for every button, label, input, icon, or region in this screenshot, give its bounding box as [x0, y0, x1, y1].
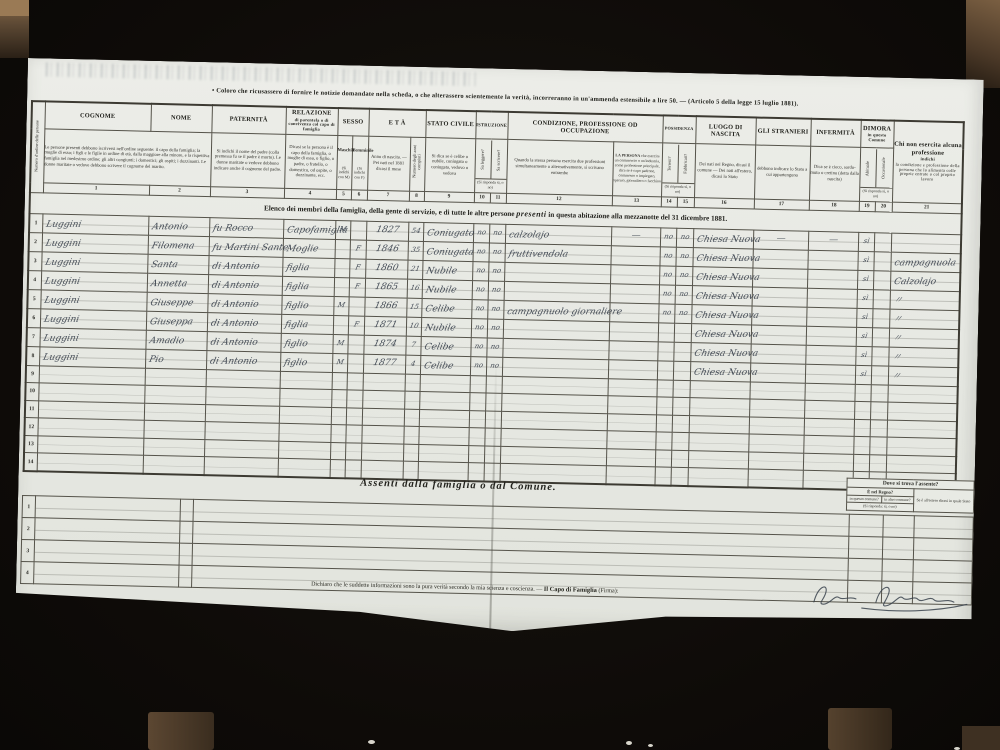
handwritten-entry: 54 [408, 226, 424, 234]
cell-anno: 1877 [363, 354, 405, 374]
cell-chinon: 〃 [889, 309, 959, 330]
cell-legge: no [473, 242, 489, 261]
cell-stato [418, 462, 468, 481]
cell-abituale: sì [858, 232, 874, 251]
cell-anni [404, 391, 419, 409]
cell-relazione [279, 406, 331, 425]
cell-nome [143, 438, 204, 457]
cell-luogo: Chiesa Nuova [692, 247, 752, 267]
handwritten-entry: sì [858, 237, 875, 245]
cell-persona [611, 245, 660, 265]
handwritten-entry: Amadio [145, 336, 185, 346]
handwritten-entry: no [470, 361, 487, 369]
cell-fabbricati: no [675, 247, 692, 266]
cell-nome [143, 456, 204, 475]
cell-persona [607, 413, 656, 432]
row-number: 12 [24, 418, 37, 436]
handwritten-entry: 4 [405, 359, 421, 367]
handwritten-entry: figlia [282, 263, 310, 273]
table-edge-bottom-right [828, 708, 892, 750]
handwritten-entry: Celibe [420, 342, 454, 352]
cell-infermita: — [808, 231, 858, 251]
cell-anni: 21 [407, 260, 422, 279]
cell-scrive [484, 446, 500, 464]
cell-stato [420, 374, 470, 393]
cell-m [330, 460, 345, 478]
cell-paternita: di Antonio [207, 293, 281, 314]
cell-nome: Giuseppa [146, 311, 207, 331]
handwritten-entry: Giuseppa [145, 317, 193, 327]
cell-cognome: Luggini [41, 251, 147, 272]
ink-showthrough [46, 62, 476, 86]
col-header-chi-non-esercita: Chi non esercita alcuna professione indi… [892, 121, 964, 204]
cell-paternita: fu Martini Sante [209, 236, 283, 257]
cell-stranieri [749, 399, 804, 418]
handwritten-entry: Luggini [41, 238, 81, 248]
handwritten-entry: Nubile [421, 285, 457, 295]
handwritten-entry: 1866 [364, 301, 407, 311]
cell-luogo [688, 433, 748, 452]
sesso-f-header: Femminile(Si indichi con F) [351, 135, 368, 189]
possidenza-subheaders: Terreni?Fabbricati? (Si risponda sì, o n… [661, 142, 695, 197]
infermita-instructions: Dica se è cieco, sordo-muto o cretino (d… [809, 146, 860, 201]
eta-anni-header: Numero degli anni compiuti [409, 137, 425, 191]
cell-anni: 15 [406, 298, 421, 317]
row-number: 1 [22, 495, 36, 517]
handwritten-entry: no [472, 247, 489, 255]
census-form-paper: • Coloro che ricusassero di fornire le n… [15, 58, 984, 642]
handwritten-entry: no [674, 308, 692, 316]
cell-occasionale [871, 365, 888, 384]
cell-f [346, 407, 362, 425]
assente-estero: Se è all'estero dicasi in quale Stato [913, 489, 974, 513]
cell-chinon: 〃 [889, 328, 959, 349]
handwritten-entry: Luggini [42, 219, 82, 229]
cell-b [180, 521, 193, 543]
handwritten-entry: sì [855, 370, 872, 378]
cell-luogo: Chiesa Nuova [691, 304, 751, 324]
cell-cond: campagnuolo giornaliere [503, 300, 609, 321]
col-header-dimora: DIMORAin questo Comune [860, 120, 894, 148]
handwritten-entry: Luggini [41, 257, 81, 267]
cell-anno: 1874 [363, 335, 405, 355]
handwritten-entry: Moglie [282, 244, 319, 254]
cell-stranieri [748, 434, 803, 453]
col-header-possidenza: POSSIDENZA [662, 115, 696, 143]
cell-nome: Amadio [145, 330, 206, 350]
cell-terreni: no [659, 246, 675, 265]
cell-infermita [804, 383, 854, 402]
cell-cognome: Luggini [40, 289, 146, 310]
cell-cond [504, 262, 610, 283]
handwritten-entry: Annetta [146, 279, 187, 289]
cell-paternita: di Antonio [207, 312, 281, 333]
row-number: 3 [21, 539, 35, 561]
handwritten-entry: no [487, 323, 504, 331]
cell-chinon: campagnuola [890, 252, 960, 273]
handwritten-entry: no [487, 304, 504, 312]
cell-paternita: di Antonio [206, 331, 280, 352]
col-header-eta: E T À [368, 109, 426, 137]
handwritten-entry: Luggini [39, 333, 79, 343]
cell-scrive [484, 428, 500, 446]
cell-f [345, 425, 361, 443]
cell-cognome: Luggini [39, 327, 145, 348]
handwritten-entry: figlio [280, 358, 308, 368]
cell-paternita [205, 404, 279, 423]
cell-stato [418, 427, 468, 446]
table-edge-top-left-light [0, 0, 29, 16]
cell-terreni: no [660, 227, 676, 246]
cell-stranieri [751, 324, 806, 344]
cell-relazione: Moglie [283, 238, 335, 258]
handwritten-entry: 1877 [363, 358, 406, 368]
cell-luogo: Chiesa Nuova [690, 361, 750, 381]
cell-fabbricati [673, 361, 690, 380]
cell-abituale: sì [857, 251, 873, 270]
handwritten-entry: sì [857, 256, 874, 264]
cell-scrive [484, 463, 500, 481]
cell-stranieri [748, 452, 803, 471]
cell-anno: 1846 [366, 240, 408, 260]
handwritten-entry: Antonio [148, 222, 189, 232]
cell-stranieri [747, 469, 802, 488]
cell-anni: 10 [406, 317, 421, 336]
cell-luogo [688, 468, 748, 487]
handwritten-entry: Luggini [40, 295, 80, 305]
cell-m: M [333, 296, 348, 315]
cell-anno [361, 461, 403, 480]
cell-relazione: figlia [282, 257, 334, 277]
cell-f [347, 353, 363, 372]
cell-stato: Coniugato [423, 222, 473, 242]
handwritten-entry: di Antonio [206, 337, 258, 347]
handwritten-entry: M [332, 339, 348, 347]
cell-persona [610, 264, 659, 284]
cell-scrive: no [487, 318, 503, 337]
handwritten-entry: F [348, 320, 365, 328]
cell-stranieri [752, 267, 807, 287]
cell-scrive: no [488, 280, 504, 299]
handwritten-entry: Chiesa Nuova [692, 253, 761, 263]
cell-f [913, 538, 973, 561]
cell-fabbricati [671, 468, 688, 486]
cell-paternita [205, 387, 279, 406]
cell-chinon: 〃 [888, 366, 958, 387]
cell-e [883, 515, 915, 538]
cell-cognome: Luggini [40, 308, 146, 329]
cell-stranieri [749, 381, 804, 400]
cell-relazione: Capofamiglia [283, 219, 335, 239]
divider [490, 141, 492, 179]
dimora-subheaders: AbitualeOccasionale (Si risponda sì, o n… [859, 147, 893, 202]
cell-terreni [655, 467, 671, 485]
cell-occasionale [871, 346, 888, 365]
handwritten-entry: Nubile [420, 323, 456, 333]
handwritten-entry: 15 [406, 302, 422, 310]
table-edge-top-right [966, 0, 1000, 88]
handwritten-entry: 10 [406, 321, 422, 329]
cell-b [181, 499, 194, 521]
cell-infermita [804, 418, 854, 437]
handwritten-entry: no [659, 251, 676, 259]
paternita-instructions: Si indichi il nome del padre (colla prem… [210, 132, 285, 188]
cell-chinon [887, 402, 957, 421]
cell-anno: 1860 [365, 259, 407, 279]
cell-relazione: figlio [281, 295, 333, 315]
cell-stranieri [752, 248, 807, 268]
handwritten-entry: Coniugato [422, 228, 474, 238]
cell-f: F [350, 239, 366, 258]
handwritten-entry: figlio [281, 301, 309, 311]
row-number: 3 [28, 251, 41, 270]
handwritten-entry: F [349, 244, 366, 252]
cell-m [334, 258, 349, 277]
istruzione-subheaders: Sa leggere?Sa scrivere? (Si risponda sì,… [474, 138, 507, 193]
cell-anni [403, 462, 418, 480]
col-header-luogo-nascita: LUOGO DI NASCITA [695, 116, 756, 144]
cell-relazione: figlio [280, 333, 332, 353]
cell-scrive: no [486, 337, 502, 356]
row-number: 10 [25, 383, 38, 401]
cell-terreni [658, 322, 674, 341]
col-header-cognome: COGNOME [44, 101, 151, 130]
handwritten-entry: Nubile [422, 266, 458, 276]
cell-scrive: no [486, 356, 502, 375]
handwritten-entry: 7 [405, 340, 421, 348]
cell-occasionale [873, 289, 890, 308]
paper-speck [648, 744, 653, 747]
handwritten-entry: 1871 [363, 320, 406, 330]
cell-cognome [37, 453, 143, 473]
cell-stato: Celibe [420, 336, 470, 356]
row-number: 7 [26, 327, 39, 346]
handwritten-entry: 1827 [366, 225, 409, 235]
cell-legge [469, 410, 485, 428]
la-persona-instructions: LA PERSONA che esercita un commercio o u… [612, 141, 662, 196]
luogo-instructions: Dei nati nel Regno, dicasi il comune — D… [694, 143, 755, 198]
cell-legge: no [471, 299, 487, 318]
col-header-relazione: RELAZIONEdi parentela o di convivenza co… [285, 107, 338, 135]
handwritten-entry: campagnuolo giornaliere [503, 307, 623, 317]
cell-f [348, 296, 364, 315]
cell-anni [405, 374, 420, 392]
cell-relazione: figlia [282, 276, 334, 296]
cell-luogo: Chiesa Nuova [692, 285, 752, 305]
cell-infermita [806, 326, 856, 346]
cell-relazione [279, 388, 331, 407]
row-number: 4 [21, 561, 35, 583]
cell-fabbricati [671, 450, 688, 468]
cell-stranieri [750, 343, 805, 363]
handwritten-entry: Luggini [39, 352, 79, 362]
cell-nome: Antonio [148, 216, 209, 236]
cell-e [882, 537, 914, 560]
handwritten-entry: fu Martini Sante [208, 242, 289, 252]
cell-stranieri: — [753, 230, 808, 250]
cell-m [335, 239, 350, 258]
row-number: 2 [29, 232, 42, 251]
cell-terreni: no [659, 265, 675, 284]
handwritten-entry: figlio [280, 339, 308, 349]
handwritten-entry: Santa [147, 260, 179, 270]
cell-stato: Celibe [421, 298, 471, 318]
cell-stranieri [751, 305, 806, 325]
cell-stato: Nubile [422, 260, 472, 280]
cell-anno [361, 425, 403, 444]
col-header-stato-civile: STATO CIVILE [425, 110, 476, 138]
cell-m: M [332, 334, 347, 353]
handwritten-entry: 〃 [887, 368, 902, 381]
cell-cond [504, 281, 610, 302]
cell-stato: Nubile [421, 317, 471, 337]
cell-occasionale [870, 419, 887, 437]
cell-chinon [891, 233, 961, 254]
handwritten-entry: M [335, 225, 351, 233]
cell-occasionale [873, 270, 890, 289]
cell-legge [468, 463, 484, 481]
cell-legge: no [472, 280, 488, 299]
cell-f [345, 443, 361, 461]
cell-a [35, 518, 181, 543]
cell-scrive: no [489, 224, 505, 243]
handwritten-entry: campagnuola [890, 258, 957, 268]
col-header-stranieri: GLI STRANIERI [755, 118, 811, 146]
cell-terreni [657, 379, 673, 397]
cell-chinon [886, 437, 956, 456]
paper-speck [368, 740, 375, 744]
cell-anni [403, 444, 418, 462]
cell-stato [419, 409, 469, 428]
eta-anno-header: Anno di nascita. — Pei nati nel 1881 dic… [367, 136, 410, 191]
cell-infermita [807, 250, 857, 270]
handwritten-entry: Chiesa Nuova [692, 234, 761, 244]
cell-abituale [854, 384, 870, 402]
cell-anno [362, 408, 404, 427]
handwritten-entry: Pio [145, 354, 165, 364]
cell-anno: 1871 [364, 316, 406, 336]
cell-fabbricati [672, 415, 689, 433]
cell-infermita [803, 453, 853, 472]
handwritten-entry: no [660, 232, 677, 240]
cell-chinon: Calzolajo [890, 271, 960, 292]
cell-stranieri [750, 362, 805, 382]
cell-paternita: di Antonio [208, 274, 282, 295]
handwritten-entry: 1874 [363, 339, 406, 349]
cell-fabbricati [673, 342, 690, 361]
cell-infermita [805, 364, 855, 384]
cell-legge: no [470, 337, 486, 356]
handwritten-entry: Chiesa Nuova [691, 310, 760, 320]
cell-legge: no [471, 318, 487, 337]
cell-anni: 4 [405, 355, 420, 374]
cell-stato: Celibe [420, 355, 470, 375]
col-header-paternita: PATERNITÀ [211, 105, 286, 134]
cell-paternita: di Antonio [208, 255, 282, 276]
cell-legge: no [470, 356, 486, 375]
cell-cond: calzolajo [505, 224, 611, 245]
cell-m [332, 372, 347, 390]
cell-nome: Giuseppe [146, 292, 207, 312]
cell-legge [469, 393, 485, 411]
cell-m: M [332, 353, 347, 372]
handwritten-entry: Luggini [40, 276, 80, 286]
handwritten-entry: no [472, 266, 489, 274]
cell-luogo: Chiesa Nuova [693, 228, 753, 248]
cell-abituale: sì [855, 365, 871, 384]
table-edge-bottom-left [148, 712, 214, 750]
cell-cognome: Luggini [42, 232, 148, 253]
cell-scrive: no [487, 299, 503, 318]
handwritten-entry: sì [855, 351, 872, 359]
cell-occasionale [870, 402, 887, 420]
cell-fabbricati: no [674, 304, 691, 323]
handwritten-entry: Giuseppe [146, 298, 194, 308]
cell-m [333, 315, 348, 334]
cell-a [34, 562, 180, 587]
cell-luogo: Chiesa Nuova [690, 342, 750, 362]
cell-anno: 1866 [364, 297, 406, 317]
handwritten-entry: 〃 [888, 311, 903, 324]
cell-terreni: no [658, 303, 674, 322]
cell-f [914, 516, 974, 539]
handwritten-entry: no [472, 285, 489, 293]
handwritten-entry: sì [856, 332, 873, 340]
cell-luogo [690, 380, 750, 399]
cell-luogo [689, 398, 749, 417]
cell-nome: Santa [147, 254, 208, 274]
table-edge-corner [962, 726, 1000, 750]
cell-terreni [655, 450, 671, 468]
sesso-m-header: Maschile(Si indichi con M) [336, 135, 352, 189]
handwritten-entry: no [676, 232, 694, 240]
cell-anno [361, 443, 403, 462]
cell-legge [468, 428, 484, 446]
cell-fabbricati: no [676, 228, 693, 247]
handwritten-entry: 〃 [888, 330, 903, 343]
cell-chinon [886, 455, 956, 474]
cell-cond: fruttivendola [505, 243, 611, 264]
cell-abituale [854, 401, 870, 419]
cell-persona [609, 321, 658, 341]
family-rows: 1LugginiAntoniofu RoccoCapofamigliaM1827… [24, 213, 962, 492]
handwritten-entry: — [807, 235, 858, 245]
cell-terreni [655, 432, 671, 450]
cell-relazione [278, 459, 330, 478]
handwritten-entry: sì [856, 313, 873, 321]
cell-terreni [656, 397, 672, 415]
cell-fabbricati [674, 323, 691, 342]
cell-abituale: sì [856, 308, 872, 327]
row-number: 5 [27, 289, 40, 308]
cell-scrive: no [489, 243, 505, 262]
cell-infermita [806, 307, 856, 327]
cell-chinon: 〃 [890, 290, 960, 311]
row-number: 8 [26, 346, 39, 365]
cell-m [331, 390, 346, 408]
handwritten-entry: Calzolajo [890, 277, 937, 287]
handwritten-entry: no [658, 289, 675, 297]
handwritten-entry: M [333, 301, 349, 309]
paper-speck [626, 741, 632, 745]
cell-abituale [853, 437, 869, 455]
assente-note: (Si risponda: sì, o no) [846, 503, 913, 512]
cell-paternita [206, 369, 280, 388]
handwritten-entry: fruttivendola [504, 249, 569, 259]
cell-relazione: figlio [280, 352, 332, 372]
cell-anno: 1865 [365, 278, 407, 298]
condizione-instructions: Quando la stessa persona esercita due pr… [506, 139, 613, 195]
